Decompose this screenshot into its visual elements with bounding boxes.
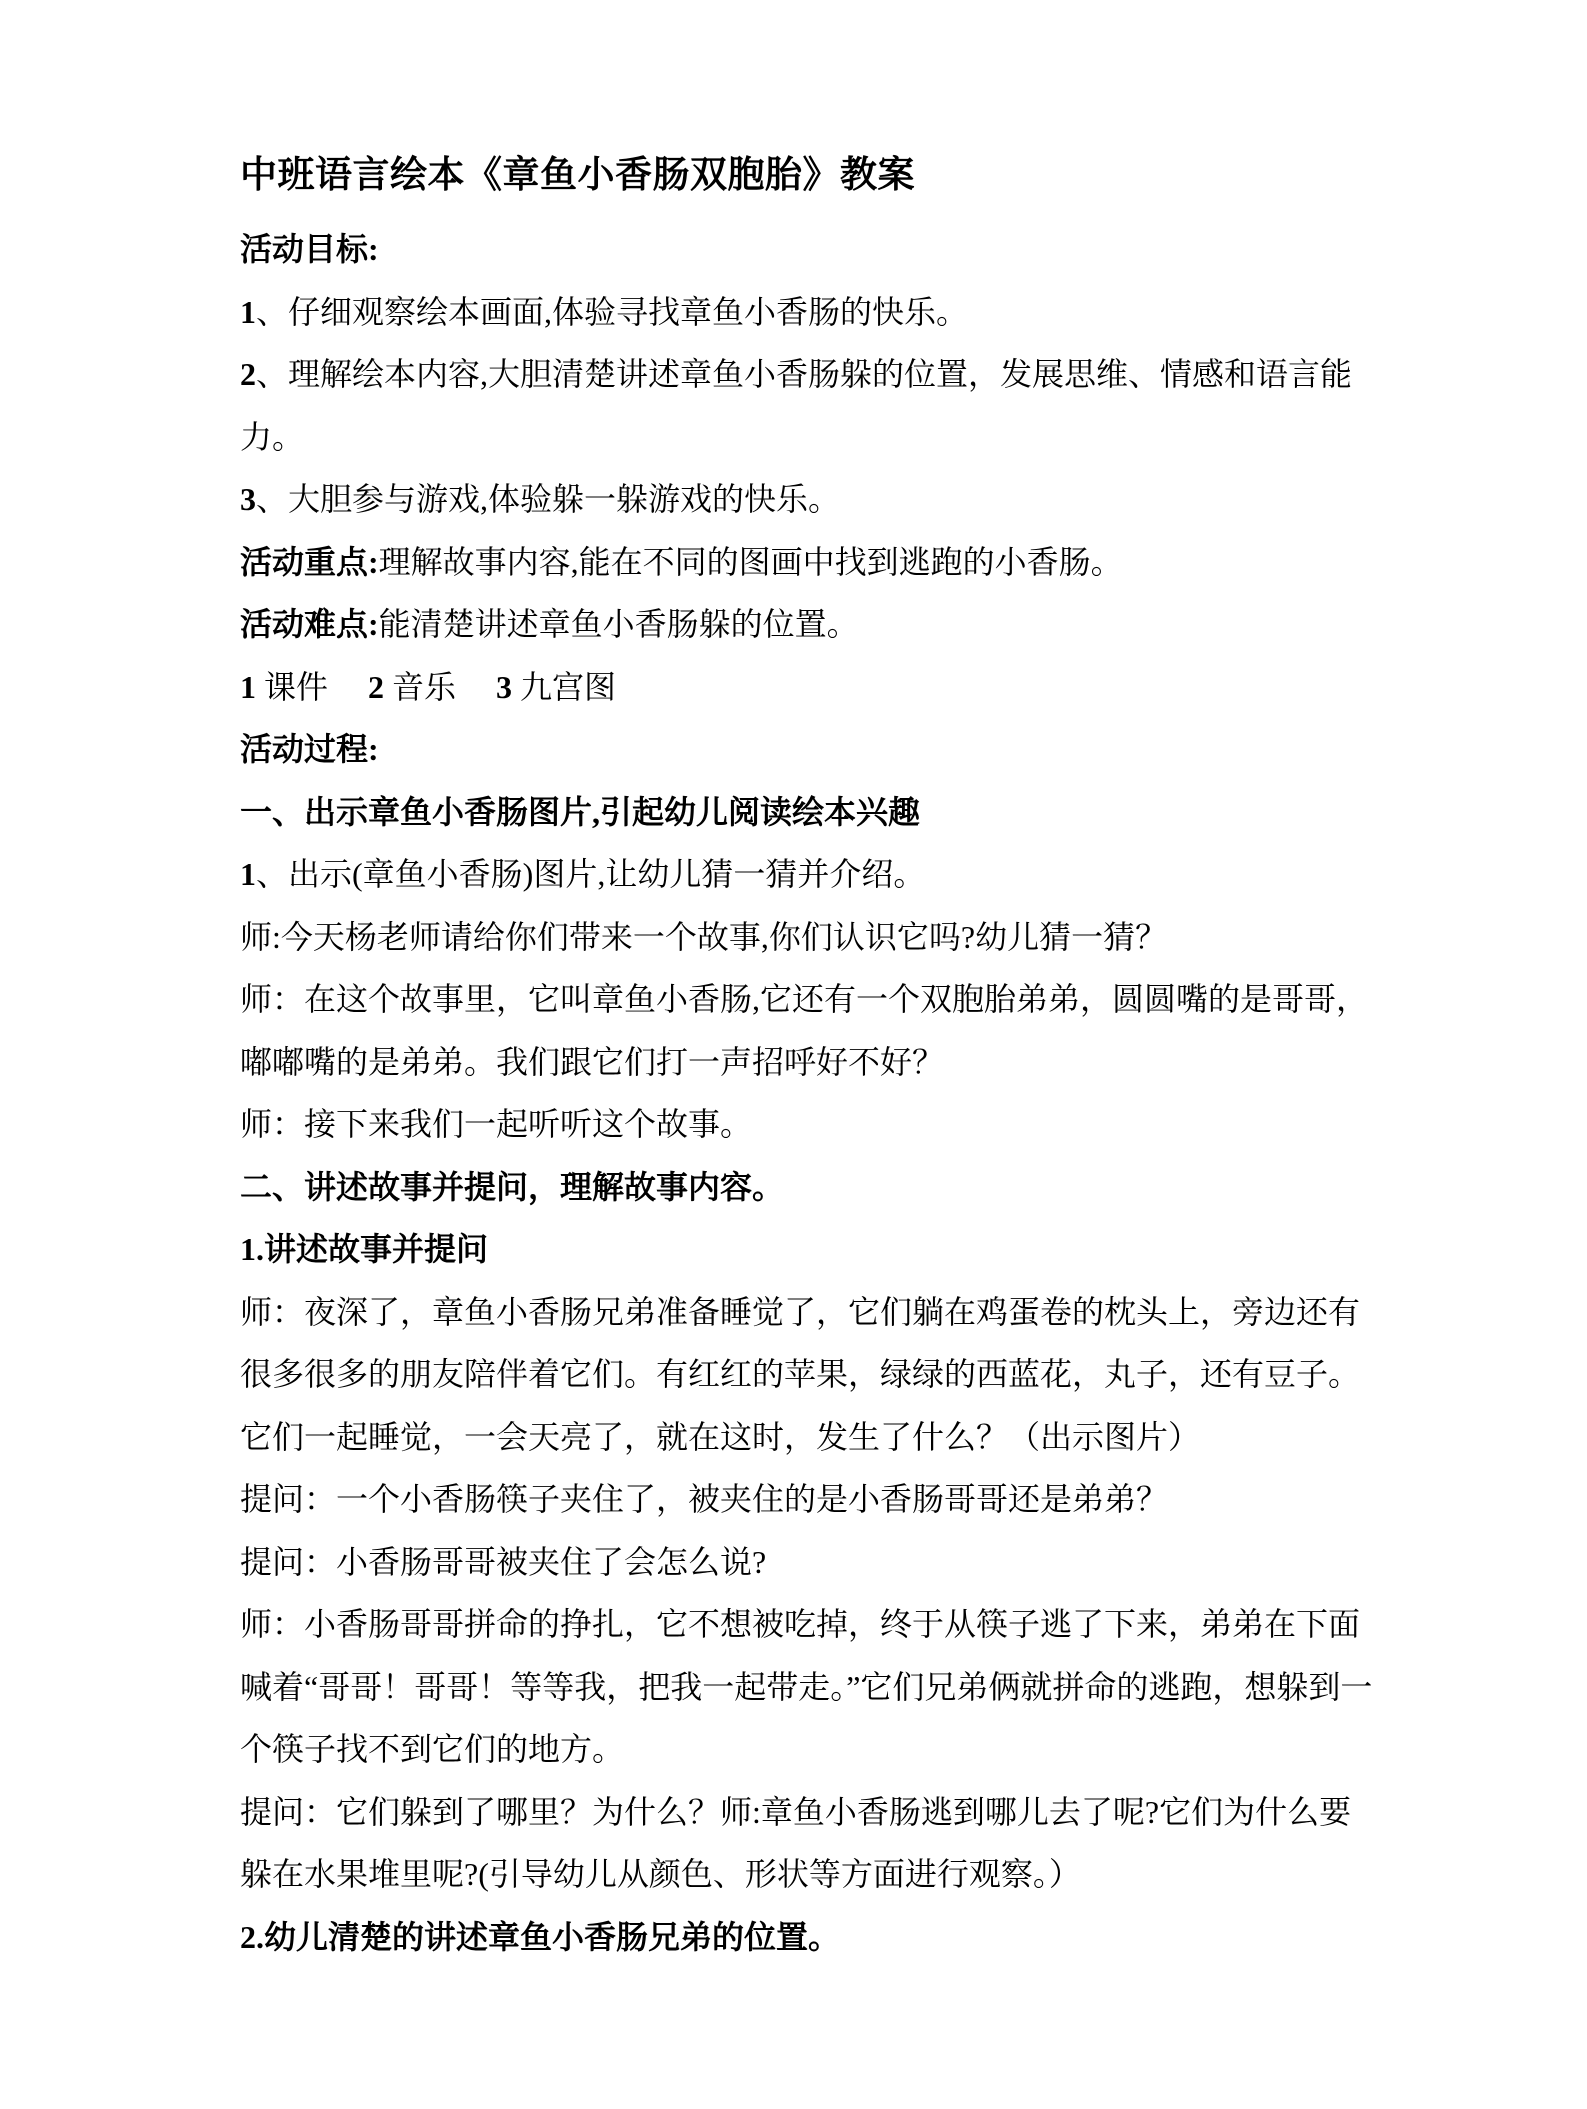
paragraph: 师：小香肠哥哥拼命的挣扎，它不想被吃掉，终于从筷子逃了下来，弟弟在下面喊着“哥哥… [240, 1593, 1380, 1781]
text-segment: 能清楚讲述章鱼小香肠躲的位置。 [379, 606, 859, 642]
bold-text-segment: 2. [240, 1919, 264, 1955]
text-segment: 师：在这个故事里，它叫章鱼小香肠,它还有一个双胞胎弟弟，圆圆嘴的是哥哥，嘟嘟嘴的… [240, 981, 1368, 1080]
bold-text-segment: 2 [240, 356, 256, 392]
paragraph: 一、出示章鱼小香肠图片,引起幼儿阅读绘本兴趣 [240, 781, 1380, 844]
text-segment: 师:今天杨老师请给你们带来一个故事,你们认识它吗?幼儿猜一猜？ [240, 919, 1167, 955]
paragraph: 活动目标: [240, 218, 1380, 281]
text-segment: 九宫图 [512, 669, 616, 705]
bold-text-segment: 1 [240, 294, 256, 330]
paragraph: 活动过程: [240, 718, 1380, 781]
text-segment: 、仔细观察绘本画面,体验寻找章鱼小香肠的快乐。 [256, 294, 968, 330]
text-segment: 理解故事内容,能在不同的图画中找到逃跑的小香肠。 [379, 544, 1123, 580]
paragraph: 1、仔细观察绘本画面,体验寻找章鱼小香肠的快乐。 [240, 281, 1380, 344]
text-segment: 提问：它们躲到了哪里？为什么？师:章鱼小香肠逃到哪儿去了呢?它们为什么要躲在水果… [240, 1794, 1351, 1893]
paragraph: 1.讲述故事并提问 [240, 1218, 1380, 1281]
paragraph: 提问：小香肠哥哥被夹住了会怎么说? [240, 1531, 1380, 1594]
bold-text-segment: 活动过程: [240, 731, 379, 767]
paragraph: 师：夜深了，章鱼小香肠兄弟准备睡觉了，它们躺在鸡蛋卷的枕头上，旁边还有很多很多的… [240, 1281, 1380, 1469]
text-segment: 课件 [256, 669, 368, 705]
bold-text-segment: 1 [240, 669, 256, 705]
bold-text-segment: 3 [496, 669, 512, 705]
text-segment: 师：接下来我们一起听听这个故事。 [240, 1106, 752, 1142]
bold-text-segment: 2 [368, 669, 384, 705]
paragraph: 师:今天杨老师请给你们带来一个故事,你们认识它吗?幼儿猜一猜？ [240, 906, 1380, 969]
paragraph: 提问：它们躲到了哪里？为什么？师:章鱼小香肠逃到哪儿去了呢?它们为什么要躲在水果… [240, 1781, 1380, 1906]
text-segment: 师：夜深了，章鱼小香肠兄弟准备睡觉了，它们躺在鸡蛋卷的枕头上，旁边还有很多很多的… [240, 1294, 1360, 1455]
paragraph: 二、讲述故事并提问，理解故事内容。 [240, 1156, 1380, 1219]
paragraph: 师：接下来我们一起听听这个故事。 [240, 1093, 1380, 1156]
paragraph: 1、出示(章鱼小香肠)图片,让幼儿猜一猜并介绍。 [240, 843, 1380, 906]
document-page: 中班语言绘本《章鱼小香肠双胞胎》教案 活动目标:1、仔细观察绘本画面,体验寻找章… [0, 0, 1587, 2109]
text-segment: 师：小香肠哥哥拼命的挣扎，它不想被吃掉，终于从筷子逃了下来，弟弟在下面喊着“哥哥… [240, 1606, 1372, 1767]
bold-text-segment: 1 [240, 856, 256, 892]
text-segment: 提问：小香肠哥哥被夹住了会怎么说? [240, 1544, 766, 1580]
bold-text-segment: 二、讲述故事并提问，理解故事内容。 [240, 1169, 784, 1205]
bold-text-segment: 幼儿清楚的讲述章鱼小香肠兄弟的位置。 [264, 1919, 840, 1955]
paragraph: 2、理解绘本内容,大胆清楚讲述章鱼小香肠躲的位置，发展思维、情感和语言能力。 [240, 343, 1380, 468]
paragraph: 2.幼儿清楚的讲述章鱼小香肠兄弟的位置。 [240, 1906, 1380, 1969]
paragraph-list: 活动目标:1、仔细观察绘本画面,体验寻找章鱼小香肠的快乐。2、理解绘本内容,大胆… [240, 218, 1380, 1968]
text-segment: 提问：一个小香肠筷子夹住了，被夹住的是小香肠哥哥还是弟弟？ [240, 1481, 1168, 1517]
bold-text-segment: 活动目标: [240, 231, 379, 267]
text-segment: 音乐 [384, 669, 496, 705]
text-segment: 、出示(章鱼小香肠)图片,让幼儿猜一猜并介绍。 [256, 856, 925, 892]
bold-text-segment: 3 [240, 481, 256, 517]
text-segment: 、大胆参与游戏,体验躲一躲游戏的快乐。 [256, 481, 840, 517]
bold-text-segment: 一、出示章鱼小香肠图片,引起幼儿阅读绘本兴趣 [240, 794, 920, 830]
bold-text-segment: 1. [240, 1231, 264, 1267]
text-segment: 、理解绘本内容,大胆清楚讲述章鱼小香肠躲的位置，发展思维、情感和语言能力。 [240, 356, 1352, 455]
paragraph: 1 课件 2 音乐 3 九宫图 [240, 656, 1380, 719]
bold-text-segment: 活动重点: [240, 544, 379, 580]
document-title: 中班语言绘本《章鱼小香肠双胞胎》教案 [240, 140, 1380, 212]
paragraph: 提问：一个小香肠筷子夹住了，被夹住的是小香肠哥哥还是弟弟？ [240, 1468, 1380, 1531]
paragraph: 师：在这个故事里，它叫章鱼小香肠,它还有一个双胞胎弟弟，圆圆嘴的是哥哥，嘟嘟嘴的… [240, 968, 1380, 1093]
paragraph: 3、大胆参与游戏,体验躲一躲游戏的快乐。 [240, 468, 1380, 531]
paragraph: 活动难点:能清楚讲述章鱼小香肠躲的位置。 [240, 593, 1380, 656]
bold-text-segment: 活动难点: [240, 606, 379, 642]
bold-text-segment: 讲述故事并提问 [264, 1231, 488, 1267]
paragraph: 活动重点:理解故事内容,能在不同的图画中找到逃跑的小香肠。 [240, 531, 1380, 594]
document-content: 中班语言绘本《章鱼小香肠双胞胎》教案 活动目标:1、仔细观察绘本画面,体验寻找章… [240, 140, 1380, 1968]
